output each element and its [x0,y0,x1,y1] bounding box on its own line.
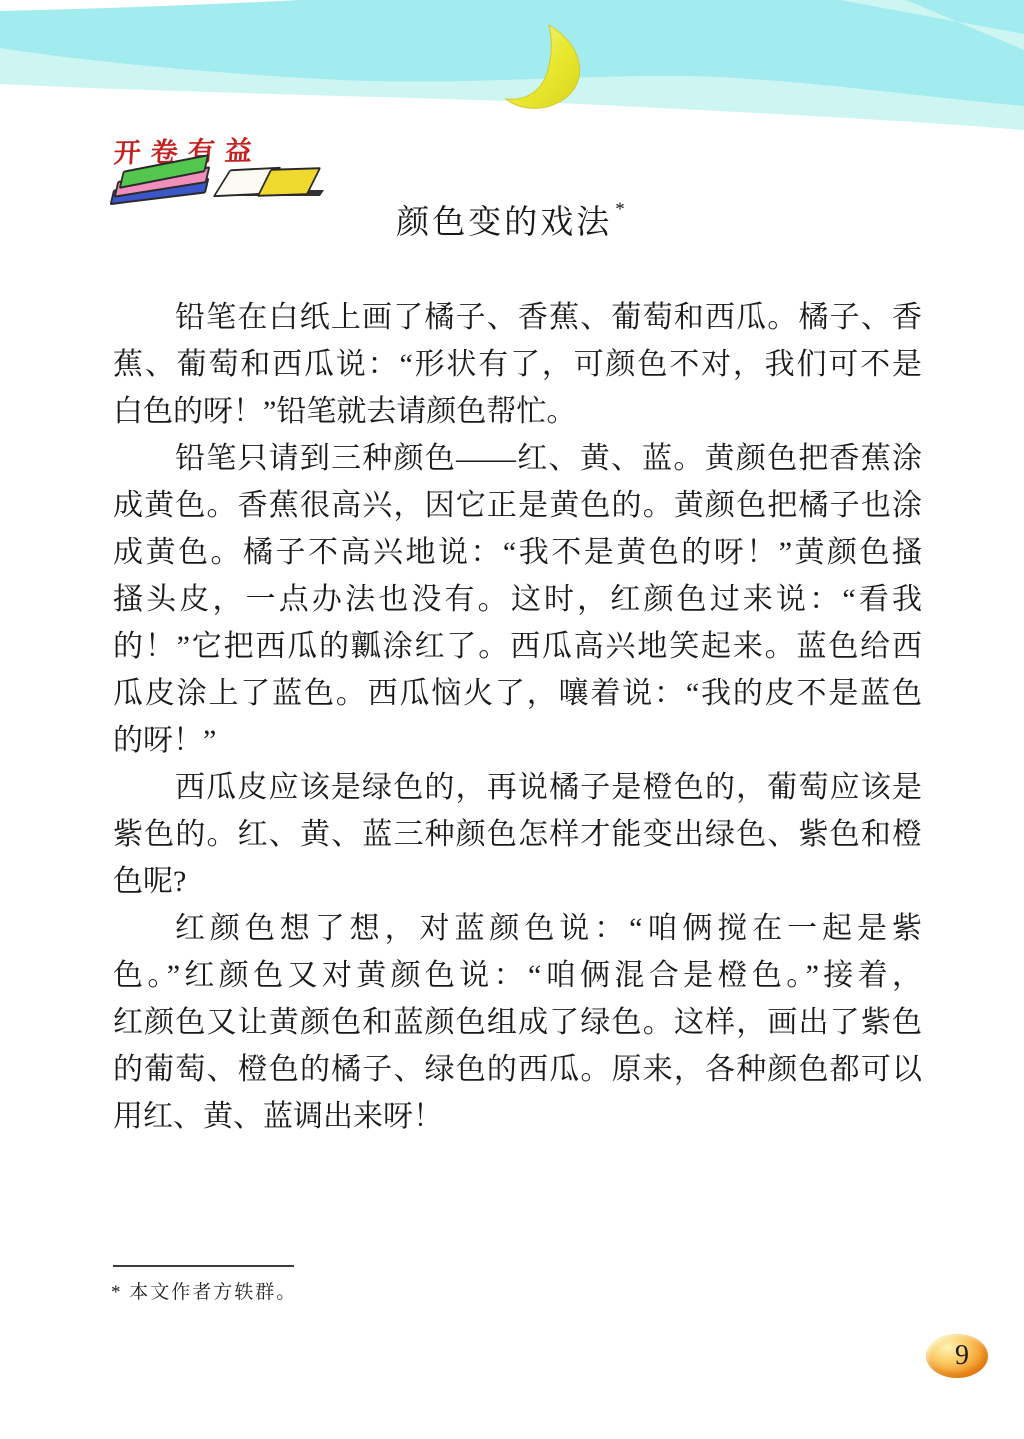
text-line: 搔头皮，一点办法也没有。这时，红颜色过来说：“看我 [113,576,922,623]
page-number-badge: 9 [926,1334,988,1378]
text-line: 的呀！” [113,717,922,764]
text-line: 紫色的。红、黄、蓝三种颜色怎样才能变出绿色、紫色和橙 [113,811,922,858]
text-line: 成黄色。香蕉很高兴，因它正是黄色的。黄颜色把橘子也涂 [113,482,922,529]
text-line: 的葡萄、橙色的橘子、绿色的西瓜。原来，各种颜色都可以 [113,1046,922,1093]
page-number: 9 [955,1340,969,1372]
article-body: 铅笔在白纸上画了橘子、香蕉、葡萄和西瓜。橘子、香 蕉、葡萄和西瓜说：“形状有了，… [113,294,922,1140]
paragraph: 西瓜皮应该是绿色的，再说橘子是橙色的，葡萄应该是 紫色的。红、黄、蓝三种颜色怎样… [113,764,922,905]
text-line: 铅笔在白纸上画了橘子、香蕉、葡萄和西瓜。橘子、香 [113,294,922,341]
paragraph: 红颜色想了想，对蓝颜色说：“咱俩搅在一起是紫 色。”红颜色又对黄颜色说：“咱俩混… [113,905,922,1140]
text-line: 白色的呀！”铅笔就去请颜色帮忙。 [113,388,922,435]
text-line: 红颜色想了想，对蓝颜色说：“咱俩搅在一起是紫 [113,905,922,952]
textbook-page: 开卷有益 颜色变的戏法* 铅笔在白纸上画了橘子、香蕉、葡萄和西瓜。橘子、香 蕉、… [0,0,1024,1439]
paragraph: 铅笔只请到三种颜色——红、黄、蓝。黄颜色把香蕉涂 成黄色。香蕉很高兴，因它正是黄… [113,435,922,764]
kaijuan-youyi-logo: 开卷有益 [106,128,316,200]
text-line: 红颜色又让黄颜色和蓝颜色组成了绿色。这样，画出了紫色 [113,999,922,1046]
paragraph: 铅笔在白纸上画了橘子、香蕉、葡萄和西瓜。橘子、香 蕉、葡萄和西瓜说：“形状有了，… [113,294,922,435]
footnote-divider [113,1265,294,1267]
text-line: 用红、黄、蓝调出来呀！ [113,1093,922,1140]
text-line: 色。”红颜色又对黄颜色说：“咱俩混合是橙色。”接着， [113,952,922,999]
text-line: 成黄色。橘子不高兴地说：“我不是黄色的呀！”黄颜色搔 [113,529,922,576]
text-line: 西瓜皮应该是绿色的，再说橘子是橙色的，葡萄应该是 [113,764,922,811]
title-footnote-marker: * [615,199,628,220]
text-line: 色呢? [113,858,922,905]
page-title-text: 颜色变的戏法 [396,205,612,241]
text-line: 蕉、葡萄和西瓜说：“形状有了，可颜色不对，我们可不是 [113,341,922,388]
page-title: 颜色变的戏法* [0,196,1024,243]
footnote: * 本文作者方轶群。 [111,1277,297,1304]
text-line: 铅笔只请到三种颜色——红、黄、蓝。黄颜色把香蕉涂 [113,435,922,482]
text-line: 瓜皮涂上了蓝色。西瓜恼火了，嚷着说：“我的皮不是蓝色 [113,670,922,717]
text-line: 的！”它把西瓜的瓤涂红了。西瓜高兴地笑起来。蓝色给西 [113,623,922,670]
